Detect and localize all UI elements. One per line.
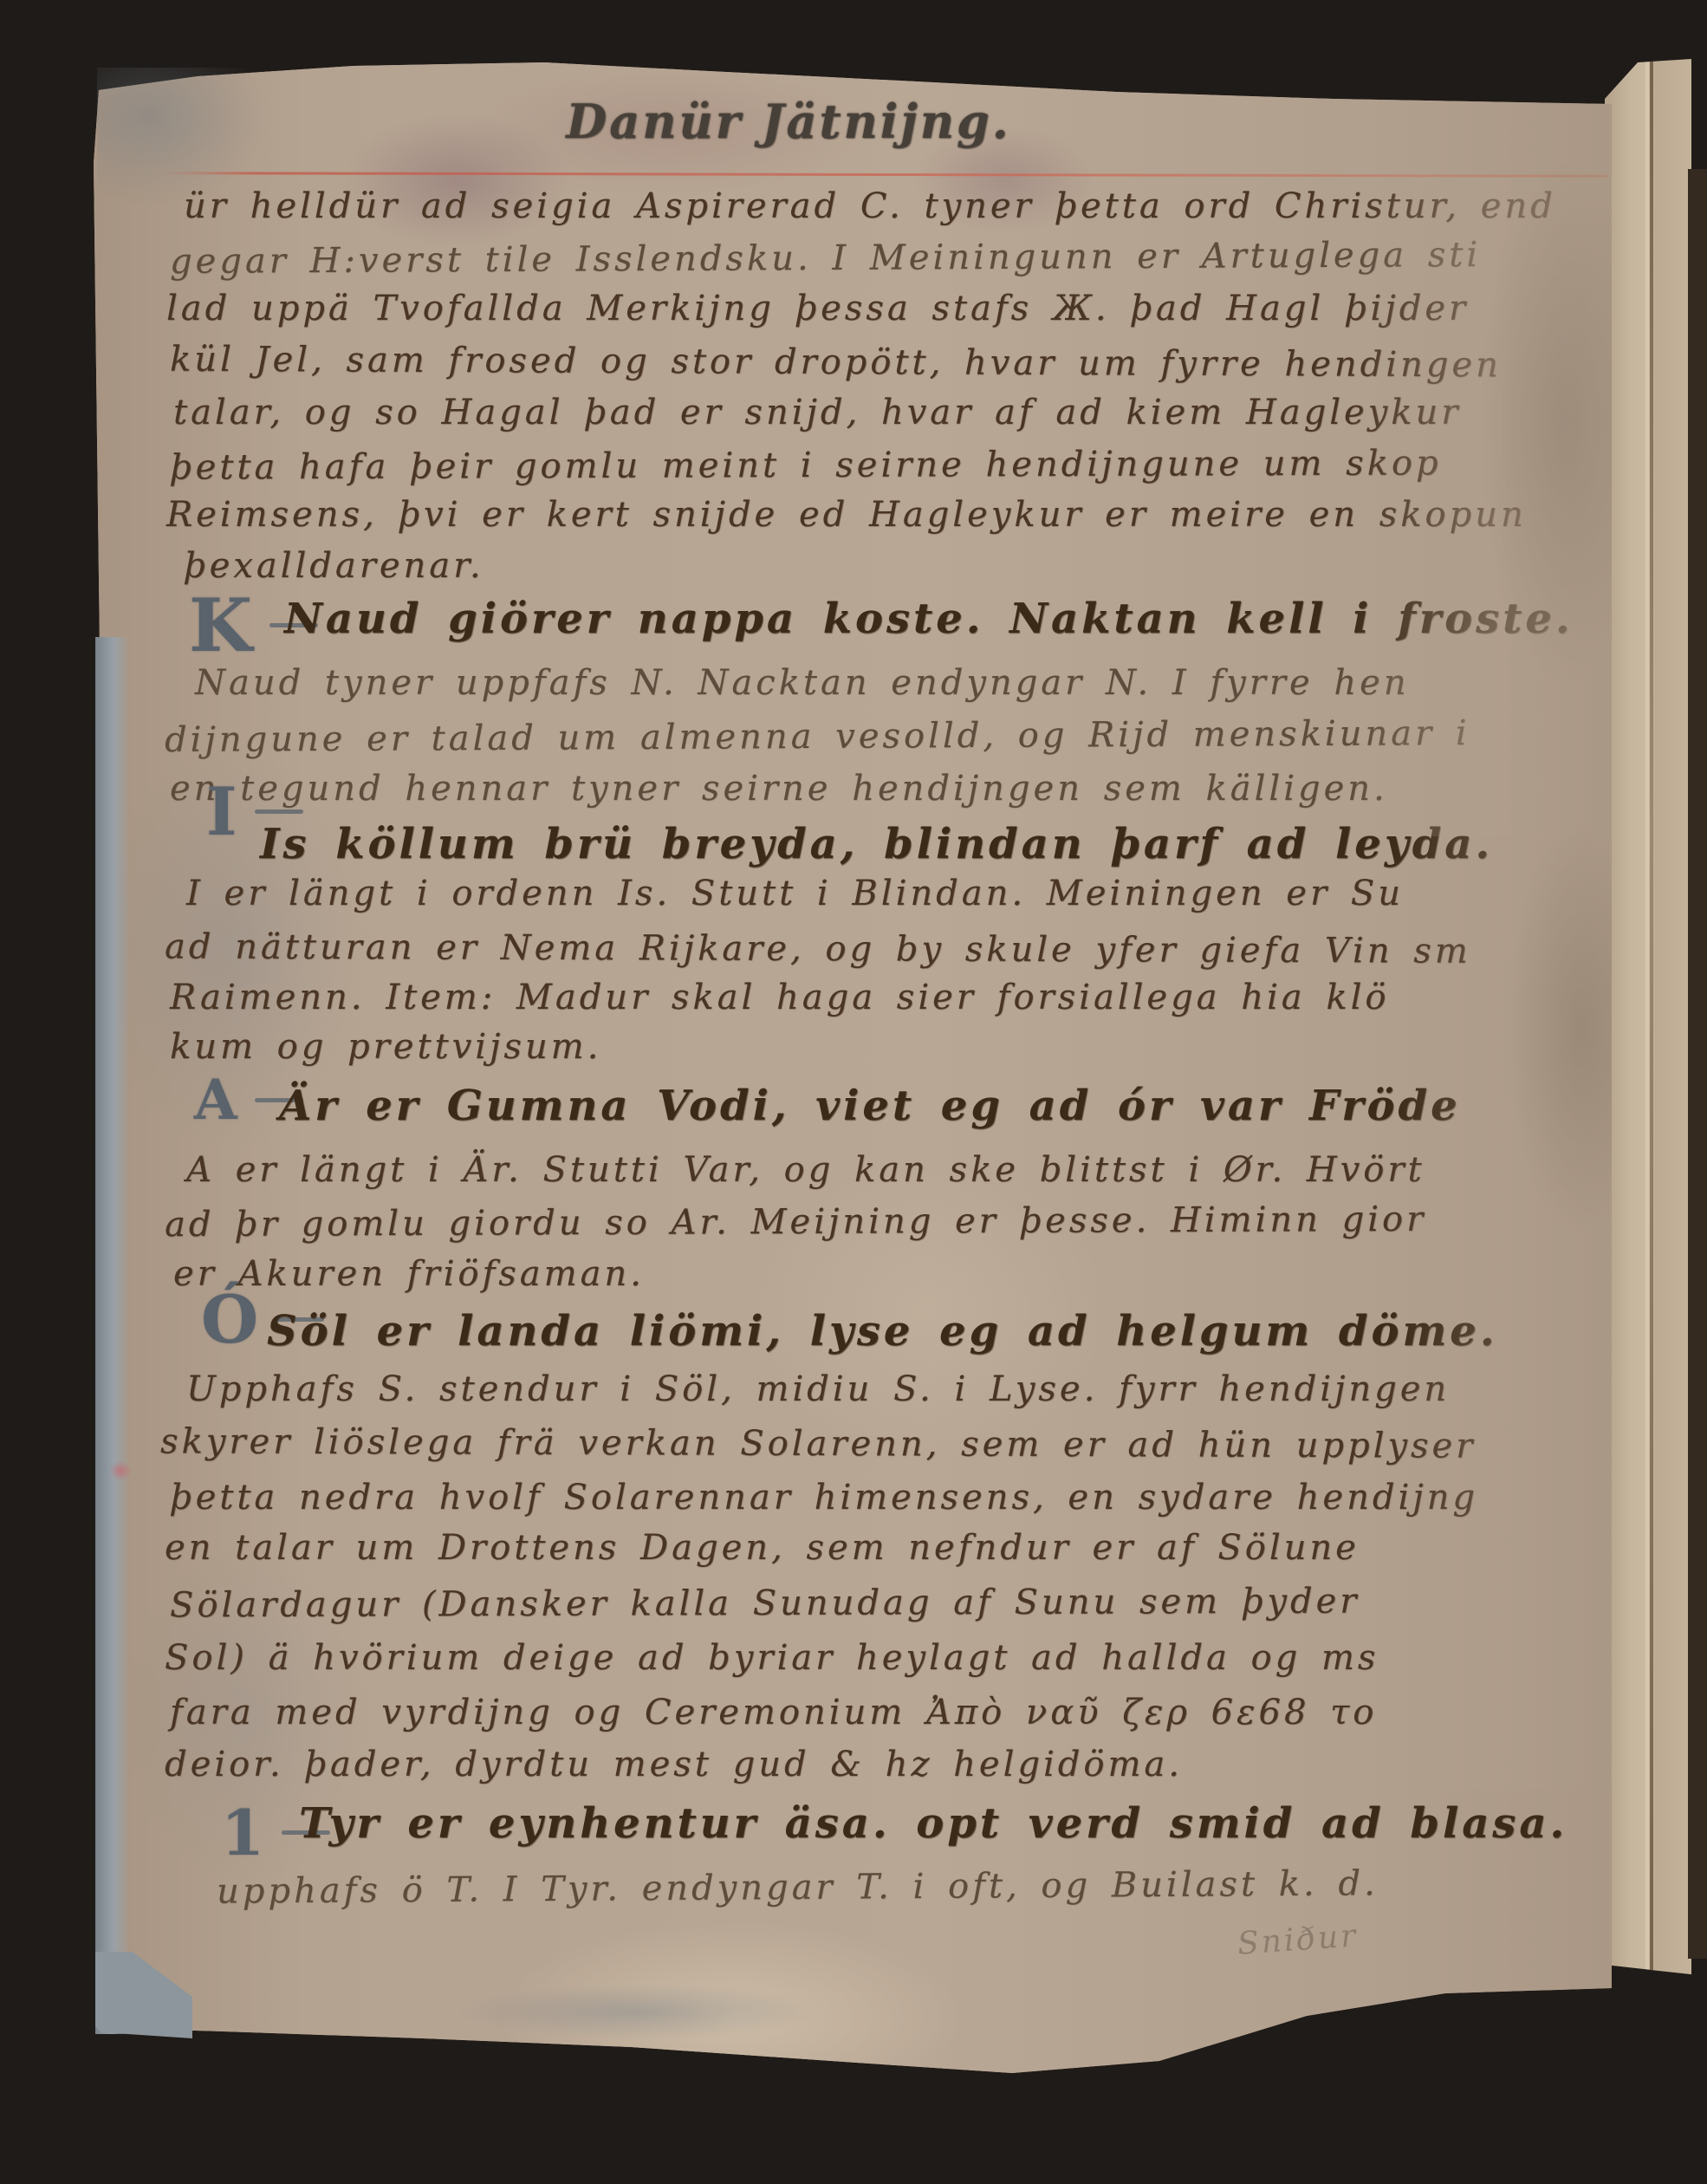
- manuscript-line: deior. þader, dyrdtu mest gud & hz helgi…: [165, 1742, 1183, 1787]
- ar-rune-glyph: A: [194, 1068, 237, 1133]
- verse-heading-sol: Söl er landa liömi, lyse eg ad helgum dö…: [267, 1309, 1498, 1354]
- verse-heading-naud: Naud giörer nappa koste. Naktan kell i f…: [284, 596, 1574, 641]
- margin-dash: [255, 809, 303, 814]
- manuscript-line: skyrer liöslega frä verkan Solarenn, sem…: [160, 1419, 1477, 1468]
- manuscript-line: upphafs ö T. I Tyr. endyngar T. i oft, o…: [217, 1861, 1379, 1914]
- is-rune-glyph: I: [206, 773, 237, 850]
- page-crease-line: [1650, 59, 1653, 1990]
- sol-rune-glyph: Ó: [201, 1281, 258, 1358]
- tyr-rune-glyph: 1: [221, 1796, 264, 1869]
- manuscript-line: ür helldür ad seigia Aspirerad C. tyner …: [184, 184, 1556, 229]
- manuscript-line: lad uppä Tvofallda Merkijng þessa stafs …: [166, 286, 1469, 331]
- manuscript-line: en tegund hennar tyner seirne hendijngen…: [170, 766, 1388, 811]
- manuscript-line: fara med vyrdijng og Ceremonium Ἀπὸ ναῦ …: [170, 1690, 1377, 1735]
- book-edge-sliver: [1688, 169, 1707, 1959]
- manuscript-line: A er längt i Är. Stutti Var, og kan ske …: [186, 1147, 1425, 1193]
- verse-heading-is: Is köllum brü breyda, blindan þarf ad le…: [260, 822, 1493, 867]
- underlying-page-edge: [1605, 59, 1691, 1990]
- manuscript-line: talar, og so Hagal þad er snijd, hvar af…: [173, 390, 1461, 435]
- manuscript-line: ad nätturan er Nema Rijkare, og by skule…: [165, 924, 1471, 973]
- manuscript-line: Naud tyner uppfafs N. Nacktan endyngar N…: [195, 660, 1410, 705]
- manuscript-line: Sol) ä hvörium deige ad byriar heylagt a…: [165, 1635, 1379, 1680]
- manuscript-line: dijngune er talad um almenna vesolld, og…: [165, 711, 1470, 763]
- manuscript-line: en talar um Drottens Dagen, sem nefndur …: [165, 1525, 1360, 1570]
- bottom-gray-smudge: [451, 1983, 823, 2040]
- red-stain-dot: [109, 1461, 132, 1480]
- manuscript-line: kum og prettvijsum.: [170, 1024, 601, 1069]
- manuscript-line: Upphafs S. stendur i Söl, midiu S. i Lys…: [186, 1367, 1450, 1412]
- manuscript-line: kül Jel, sam frosed og stor dropött, hva…: [170, 337, 1502, 388]
- manuscript-line: Reimsens, þvi er kert snijde ed Hagleyku…: [166, 492, 1527, 537]
- manuscript-line: Raimenn. Item: Madur skal haga sier fors…: [170, 975, 1389, 1020]
- manuscript-line: þetta nedra hvolf Solarennar himensens, …: [170, 1475, 1478, 1520]
- manuscript-line: Sölardagur (Dansker kalla Sunudag af Sun…: [170, 1579, 1360, 1628]
- manuscript-line: gegar H:verst tile Isslendsku. I Meining…: [170, 232, 1481, 284]
- verse-heading-tyr: Tyr er eynhentur äsa. opt verd smid ad b…: [299, 1801, 1567, 1846]
- binding-tape-strip: [95, 637, 128, 2034]
- manuscript-line: ad þr gomlu giordu so Ar. Meijning er þe…: [165, 1197, 1426, 1247]
- manuscript-line: þetta hafa þeir gomlu meint i seirne hen…: [170, 440, 1442, 490]
- page-title: Danür Jätnijng.: [399, 94, 1178, 149]
- page-crease-highlight: [1645, 59, 1649, 1990]
- scan-background: Danür Jätnijng. ür helldür ad seigia Asp…: [0, 0, 1707, 2184]
- manuscript-line: I er längt i ordenn Is. Stutt i Blindan.…: [186, 871, 1404, 916]
- verse-heading-ar: Är er Gumna Vodi, viet eg ad ór var Fröd…: [279, 1083, 1461, 1128]
- naud-rune-glyph: K: [189, 582, 252, 668]
